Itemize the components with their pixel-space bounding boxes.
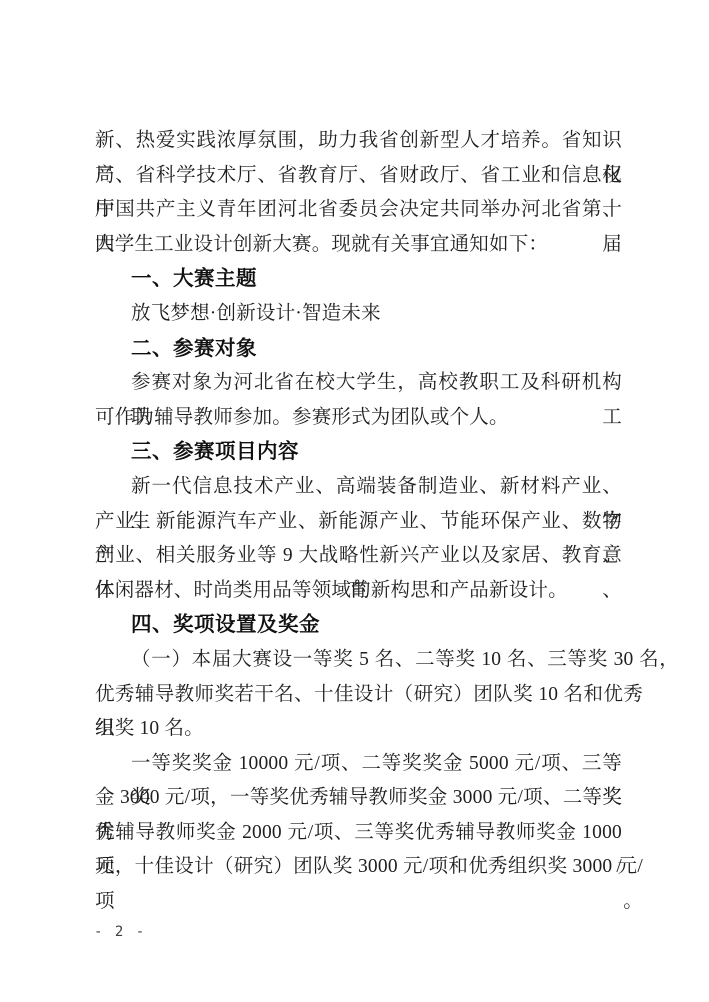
body-line: 休闲器材、时尚类用品等领域的新构思和产品新设计。 [95, 574, 622, 609]
section-heading: 三、参赛项目内容 [95, 435, 622, 470]
document-page: 新、热爱实践浓厚氛围，助力我省创新型人才培养。省知识产权 局、省科学技术厅、省教… [0, 0, 709, 1002]
body-line: 参赛对象为河北省在校大学生，高校教职工及科研机构职工 [95, 366, 622, 401]
section-heading: 一、大赛主题 [95, 262, 622, 297]
body-line: 大学生工业设计创新大赛。现就有关事宜通知如下： [95, 228, 622, 263]
section-heading: 四、奖项设置及奖金 [95, 608, 622, 643]
body-line: 新一代信息技术产业、高端装备制造业、新材料产业、生物 [95, 470, 622, 505]
body-line: 金 3000 元/项，一等奖优秀辅导教师奖金 3000 元/项、二等奖优 [95, 781, 622, 816]
body-line: 织奖 10 名。 [95, 712, 622, 747]
body-line: 局、省科学技术厅、省教育厅、省财政厅、省工业和信息化厅、 [95, 159, 622, 194]
body-line: 秀辅导教师奖金 2000 元/项、三等奖优秀辅导教师奖金 1000 元/ [95, 816, 622, 851]
body-line: 优秀辅导教师奖若干名、十佳设计（研究）团队奖 10 名和优秀组 [95, 678, 643, 713]
body-line: 中国共产主义青年团河北省委员会决定共同举办河北省第十四届 [95, 193, 622, 228]
page-number: - 2 - [94, 924, 146, 940]
body-line: 放飞梦想·创新设计·智造未来 [95, 297, 622, 332]
body-line: 产业、相关服务业等 9 大战略性新兴产业以及家居、教育、体育、 [95, 539, 622, 574]
body-line: 新、热爱实践浓厚氛围，助力我省创新型人才培养。省知识产权 [95, 124, 622, 159]
body-line: 产业、新能源汽车产业、新能源产业、节能环保产业、数字创意 [95, 505, 622, 540]
body-line: 一等奖奖金 10000 元/项、二等奖奖金 5000 元/项、三等奖奖 [95, 747, 622, 782]
section-heading: 二、参赛对象 [95, 332, 622, 367]
document-body: 新、热爱实践浓厚氛围，助力我省创新型人才培养。省知识产权 局、省科学技术厅、省教… [95, 124, 622, 885]
body-line: 项，十佳设计（研究）团队奖 3000 元/项和优秀组织奖 3000 元/项。 [95, 850, 643, 885]
body-line: （一）本届大赛设一等奖 5 名、二等奖 10 名、三等奖 30 名， [95, 643, 679, 678]
